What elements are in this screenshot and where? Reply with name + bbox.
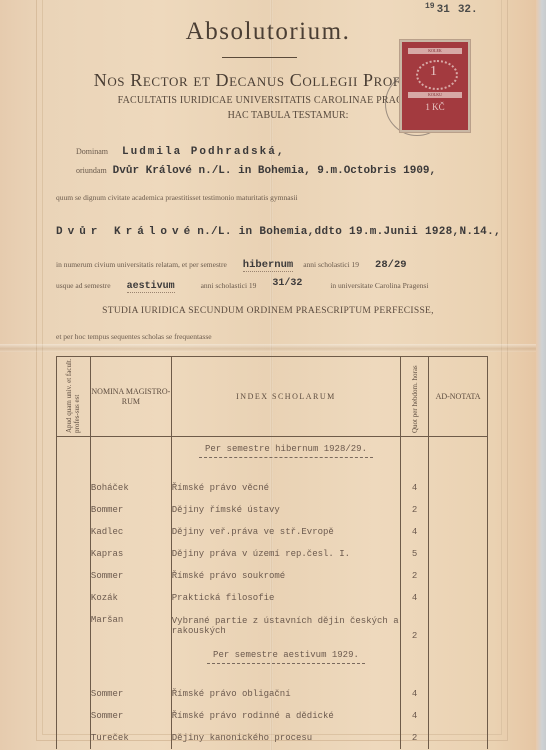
usque-row: usque ad semestreaestivumanni scholastic… [56,281,506,292]
title-underline [222,57,297,58]
hours-cell: 4 [401,683,429,705]
header-apud: Apud quam univ. et facult. profes-sus es… [57,357,91,437]
table-row: Tureček Dějiny kanonického procesu 2 [57,727,488,749]
oriundam-label: oriundam [76,166,107,175]
subject-cell: Dějiny kanonického procesu [171,727,400,749]
subject-cell: Římské právo soukromé [171,565,400,587]
usque-text: usque ad semestre [56,281,111,290]
year-b: 32. [458,4,478,16]
professor-cell: Sommer [90,705,171,727]
scan-edge [536,0,546,750]
professor-cell: Bommer [90,499,171,521]
year-to: 31/32 [272,278,302,289]
subject-cell: Římské právo rodinné a dědické [171,705,400,727]
oriundam-row: oriundam Dvůr Králové n./L. in Bohemia, … [76,165,436,177]
revenue-stamp: KOLEK 1 KOLKU 1 KČ [400,40,470,132]
stamp-oval-icon [416,60,458,90]
professor-cell: Kozák [90,587,171,609]
table-row: Sommer Římské právo rodinné a dědické 4 [57,705,488,727]
table-row: Sommer Římské právo soukromé 2 [57,565,488,587]
subject-cell: Vybrané partie z ústavních dějin českých… [171,609,400,643]
hours-cell: 4 [401,705,429,727]
hours-cell: 2 [401,565,429,587]
dominam-row: Dominam Ludmila Podhradská, [76,146,285,158]
subject-cell: Praktická filosofie [171,587,400,609]
semester-from: hibernum [243,259,293,272]
table-header-row: Apud quam univ. et facult. profes-sus es… [57,357,488,437]
stamp-mid-band: KOLKU [408,92,462,98]
dominam-label: Dominam [76,147,108,156]
semester-heading-row: Per semestre hibernum 1928/29. [57,437,488,466]
semester-heading-row: Per semestre aestivum 1929. [57,643,488,671]
anni-scholastici-label: anni scholastici 19 [303,260,359,269]
professor-cell: Sommer [90,565,171,587]
numerum-row: in numerum civium universitatis relatam,… [56,259,506,271]
hours-cell: 4 [401,587,429,609]
stamp-top-band: KOLEK [408,48,462,54]
stamp-lower-value: 1 KČ [408,102,462,112]
professor-cell: Maršan [90,609,171,643]
horizontal-fold-crease [0,344,536,352]
professor-cell: Sommer [90,683,171,705]
year-prefix: 19 [425,2,435,11]
hours-cell: 4 [401,477,429,499]
header-index: INDEX SCHOLARUM [171,357,400,437]
subject-cell: Římské právo věcné [171,477,400,499]
gymnasium-details: n./L. in Bohemia,ddto 19.m.Junii 1928,N.… [197,226,501,238]
year-a: 31 [437,4,450,16]
table-row: Kozák Praktická filosofie 4 [57,587,488,609]
student-name: Ludmila Podhradská, [122,146,285,158]
hours-cell: 5 [401,543,429,565]
quum-line: quum se dignum civitate academica praest… [56,193,298,202]
header-nomina: NOMINA MAGISTRO-RUM [90,357,171,437]
absolutorium-document: 193132. Absolutorium. Nos Rector et Deca… [0,0,536,750]
hours-cell: 4 [401,521,429,543]
table-row: Maršan Vybrané partie z ústavních dějin … [57,609,488,643]
studia-line: STUDIA IURIDICA SECUNDUM ORDINEM PRAESCR… [0,306,536,316]
gymnasium-row: Dvůr Králové n./L. in Bohemia,ddto 19.m.… [56,226,501,238]
subject-cell: Dějiny veř.práva ve stř.Evropě [171,521,400,543]
hours-cell: 2 [401,609,429,643]
semester-label: Per semestre hibernum 1928/29. [199,444,373,458]
professor-cell: Boháček [90,477,171,499]
year-from: 28/29 [375,259,407,271]
stamp-value: 1 [430,64,437,80]
subject-cell: Dějiny práva v území rep.česl. I. [171,543,400,565]
university-text: in universitate Carolina Pragensi [330,281,428,290]
index-scholarum-table: Apud quam univ. et facult. profes-sus es… [56,356,488,749]
hours-cell: 2 [401,727,429,749]
table-row: Boháček Římské právo věcné 4 [57,477,488,499]
subject-cell: Římské právo obligační [171,683,400,705]
header-adnotata: AD-NOTATA [429,357,488,437]
hours-cell: 2 [401,499,429,521]
birth-place-date: Dvůr Králové n./L. in Bohemia, 9.m.Octob… [113,165,436,177]
gymnasium-place: Dvůr Králové [56,226,195,238]
professor-cell: Kadlec [90,521,171,543]
numerum-text: in numerum civium universitatis relatam,… [56,260,227,269]
subject-cell: Dějiny římské ústavy [171,499,400,521]
perhoc-line: et per hoc tempus sequentes scholas se f… [56,332,212,341]
anni-scholastici-label-2: anni scholastici 19 [201,281,257,290]
semester-to: aestivum [127,281,175,293]
semester-label: Per semestre aestivum 1929. [207,650,365,664]
top-year-stamp: 193132. [425,4,478,16]
header-quot: Quot per hebdom. horas [401,357,429,437]
table-row: Bommer Dějiny římské ústavy 2 [57,499,488,521]
professor-cell: Tureček [90,727,171,749]
table-row: Sommer Římské právo obligační 4 [57,683,488,705]
table-row: Kapras Dějiny práva v území rep.česl. I.… [57,543,488,565]
table-row: Kadlec Dějiny veř.práva ve stř.Evropě 4 [57,521,488,543]
professor-cell: Kapras [90,543,171,565]
